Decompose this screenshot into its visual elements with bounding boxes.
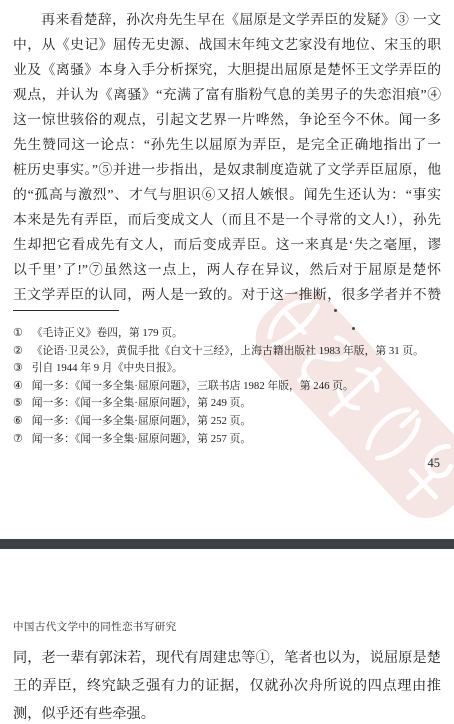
footnote-text: 闻一多：《闻一多全集·屈原问题》，第 252 页。 xyxy=(32,413,252,431)
footnote-text: 《论语·卫灵公》，黄侃手批《白文十三经》，上海古籍出版社 1983 年版，第 3… xyxy=(32,343,424,361)
footnote-text: 《毛诗正义》卷四，第 179 页。 xyxy=(32,325,183,343)
text-line: 观点，并认为《离骚》“充满了富有脂粉气息的美男子的失恋泪痕”④ xyxy=(13,82,441,107)
footnote-item: ④闻一多：《闻一多全集·屈原问题》，三联书店 1982 年版，第 246 页。 xyxy=(13,378,448,396)
page2-body-text: 同，老一辈有郭沫若，现代有周建忠等①，笔者也以为，说屈原是楚王的弄臣，终究缺乏强… xyxy=(13,644,441,724)
footnote-marker: ① xyxy=(13,325,23,343)
footnote-marker: ⑤ xyxy=(13,395,23,413)
text-line: 同，老一辈有郭沫若，现代有周建忠等①，笔者也以为，说屈原是楚 xyxy=(13,644,441,672)
text-line: 王文学弄臣的认同，两人是一致的。对于这一推断，很多学者并不赞 xyxy=(13,282,441,307)
footnotes: ①《毛诗正义》卷四，第 179 页。②《论语·卫灵公》，黄侃手批《白文十三经》，… xyxy=(13,325,448,448)
text-line: 再来看楚辞，孙次舟先生早在《屈原是文学弄臣的发疑》③ 一文 xyxy=(13,7,441,32)
footnote-marker: ⑥ xyxy=(13,413,23,431)
page-divider-bar xyxy=(0,539,454,549)
text-line: 以千里’了!”⑦虽然这一点上，两人存在异议，然后对于屈原是楚怀 xyxy=(13,257,441,282)
text-line: 先生赞同这一论点：“孙先生以屈原为弄臣，是完全正确地指出了一 xyxy=(13,132,441,157)
footnote-marker: ④ xyxy=(13,378,23,396)
page1-body-text: 再来看楚辞，孙次舟先生早在《屈原是文学弄臣的发疑》③ 一文中，从《史记》屈传无史… xyxy=(13,7,441,307)
page-number: 45 xyxy=(428,456,441,471)
scanned-document: 再来看楚辞，孙次舟先生早在《屈原是文学弄臣的发疑》③ 一文中，从《史记》屈传无史… xyxy=(0,0,454,724)
footnote-item: ③引自 1944 年 9 月《中央日报》。 xyxy=(13,360,448,378)
footnote-text: 闻一多：《闻一多全集·屈原问题》，第 257 页。 xyxy=(32,431,252,449)
footnote-marker: ⑦ xyxy=(13,431,23,449)
footnote-item: ②《论语·卫灵公》，黄侃手批《白文十三经》，上海古籍出版社 1983 年版，第 … xyxy=(13,343,448,361)
scan-speck xyxy=(334,309,337,312)
text-line: 本来是先有弄臣，而后变成文人（而且不是一个寻常的文人!），孙先 xyxy=(13,207,441,232)
text-line: 业及《离骚》本身入手分析探究，大胆提出屈原是楚怀王文学弄臣的 xyxy=(13,57,441,82)
footnote-marker: ② xyxy=(13,343,23,361)
footnote-text: 引自 1944 年 9 月《中央日报》。 xyxy=(32,360,183,378)
footnote-item: ⑥闻一多：《闻一多全集·屈原问题》，第 252 页。 xyxy=(13,413,448,431)
footnote-text: 闻一多：《闻一多全集·屈原问题》，三联书店 1982 年版，第 246 页。 xyxy=(32,378,354,396)
running-header: 中国古代文学中的同性恋书写研究 xyxy=(13,619,177,634)
text-line: 测，似乎还有些牵强。 xyxy=(13,700,441,724)
footnote-item: ①《毛诗正义》卷四，第 179 页。 xyxy=(13,325,448,343)
text-line: 生却把它看成先有文人，而后变成弄臣。这一来真是‘失之毫厘，谬 xyxy=(13,232,441,257)
footnote-item: ⑤闻一多：《闻一多全集·屈原问题》，第 249 页。 xyxy=(13,395,448,413)
footnote-item: ⑦闻一多：《闻一多全集·屈原问题》，第 257 页。 xyxy=(13,431,448,449)
text-line: 的“孤高与激烈”、才气与胆识⑥又招人嫉恨。闻先生还认为：“事实 xyxy=(13,182,441,207)
text-line: 这一惊世骇俗的观点，引起文艺界一片哗然，争论至今不休。闻一多 xyxy=(13,107,441,132)
scan-speck xyxy=(352,327,355,330)
footnote-separator xyxy=(13,310,119,311)
text-line: 桩历史事实。”⑤并进一步指出，是奴隶制度造就了文学弄臣屈原，他 xyxy=(13,157,441,182)
footnote-marker: ③ xyxy=(13,360,23,378)
text-line: 王的弄臣，终究缺乏强有力的证据，仅就孙次舟所说的四点理由推 xyxy=(13,672,441,700)
text-line: 中，从《史记》屈传无史源、战国末年纯文艺家没有地位、宋玉的职 xyxy=(13,32,441,57)
footnote-text: 闻一多：《闻一多全集·屈原问题》，第 249 页。 xyxy=(32,395,252,413)
